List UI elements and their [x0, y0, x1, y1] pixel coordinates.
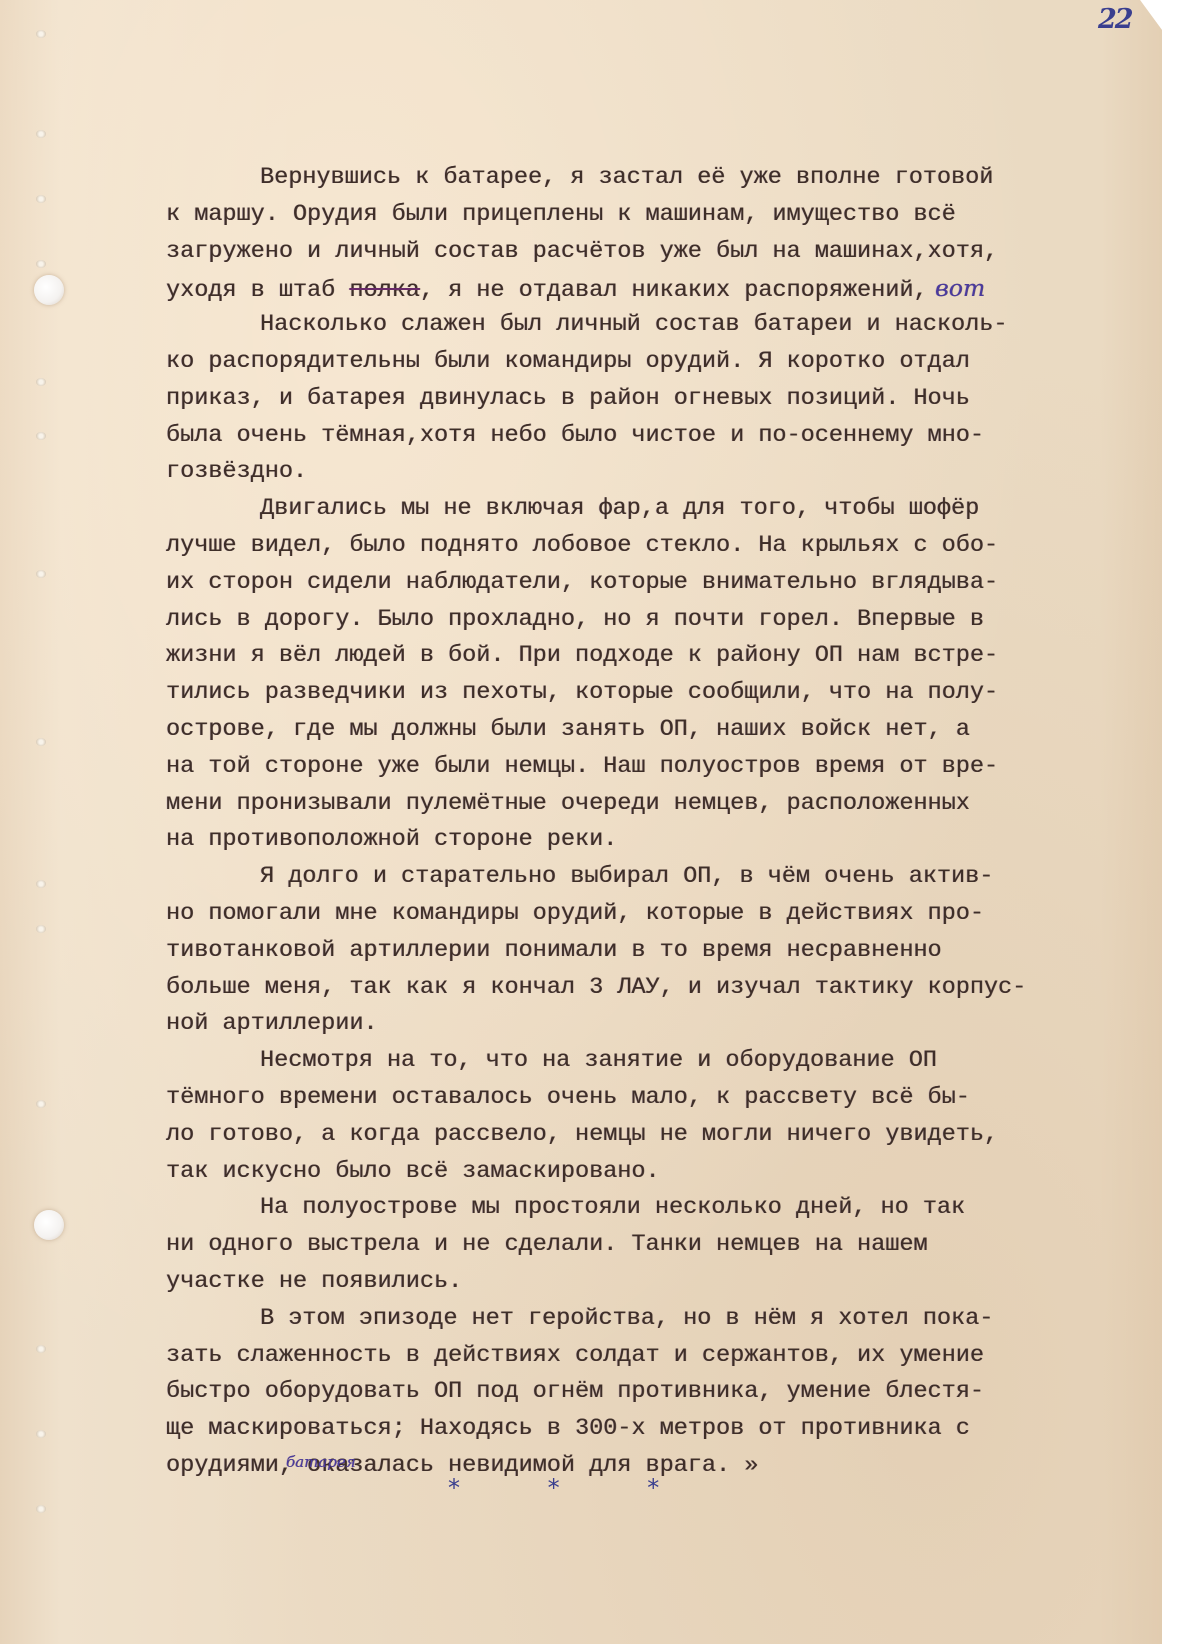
staple-mark [36, 432, 46, 440]
text-line: ной артиллерии. [166, 1006, 1146, 1043]
text-line: тились разведчики из пехоты, которые соо… [166, 675, 1146, 712]
text-line: ко распорядительны были командиры орудий… [166, 344, 1146, 381]
typed-text: больше меня, так как я кончал 3 ЛАУ, и и… [166, 974, 1026, 1001]
text-line: лучше видел, было поднято лобовое стекло… [166, 528, 1146, 565]
text-line: их сторон сидели наблюдатели, которые вн… [166, 565, 1146, 602]
staple-mark [36, 570, 46, 578]
page-number: 22 [1098, 4, 1132, 35]
staple-mark [36, 1430, 46, 1438]
typed-text: острове, где мы должны были занять ОП, н… [166, 716, 970, 743]
handwritten-insertion: батарея [286, 1444, 356, 1481]
punch-hole [34, 275, 64, 305]
text-line: ще маскироваться; Находясь в 300-х метро… [166, 1411, 1146, 1448]
typed-text: но помогали мне командиры орудий, которы… [166, 900, 984, 927]
typed-text: ло готово, а когда рассвело, немцы не мо… [166, 1121, 998, 1148]
staple-mark [36, 260, 46, 268]
text-line: была очень тёмная,хотя небо было чистое … [166, 418, 1146, 455]
typed-text: уходя в штаб [166, 277, 349, 304]
text-line: ни одного выстрела и не сделали. Танки н… [166, 1227, 1146, 1264]
text-line: к маршу. Орудия были прицеплены к машина… [166, 197, 1146, 234]
staple-mark [36, 1345, 46, 1353]
typed-text: лучше видел, было поднято лобовое стекло… [166, 532, 998, 559]
staple-mark [36, 925, 46, 933]
typed-text: жизни я вёл людей в бой. При подходе к р… [166, 642, 998, 669]
text-line: острове, где мы должны были занять ОП, н… [166, 712, 1146, 749]
typed-text: Двигались мы не включая фар,а для того, … [260, 495, 979, 522]
text-line: но помогали мне командиры орудий, которы… [166, 896, 1146, 933]
typed-text-body: Вернувшись к батарее, я застал её уже вп… [166, 160, 1146, 1485]
text-line: Насколько слажен был личный состав батар… [166, 307, 1146, 344]
text-line: мени пронизывали пулемётные очереди немц… [166, 786, 1146, 823]
text-line: Несмотря на то, что на занятие и оборудо… [166, 1043, 1146, 1080]
text-line: Я долго и старательно выбирал ОП, в чём … [166, 859, 1146, 896]
end-mark-asterisks: * * * [448, 1474, 699, 1502]
text-line: загружено и личный состав расчётов уже б… [166, 234, 1146, 271]
typed-text: Я долго и старательно выбирал ОП, в чём … [260, 863, 993, 890]
text-line: зать слаженность в действиях солдат и се… [166, 1338, 1146, 1375]
typed-text: лись в дорогу. Было прохладно, но я почт… [166, 606, 984, 633]
typed-text: их сторон сидели наблюдатели, которые вн… [166, 569, 998, 596]
text-line: лись в дорогу. Было прохладно, но я почт… [166, 602, 1146, 639]
text-line: тёмного времени оставалось очень мало, к… [166, 1080, 1146, 1117]
typed-text: так искусно было всё замаскировано. [166, 1158, 660, 1185]
typed-text: тивотанковой артиллерии понимали в то вр… [166, 937, 942, 964]
text-line: жизни я вёл людей в бой. При подходе к р… [166, 638, 1146, 675]
typed-text: загружено и личный состав расчётов уже б… [166, 238, 998, 265]
typed-text: ной артиллерии. [166, 1010, 378, 1037]
text-line: участке не появились. [166, 1264, 1146, 1301]
typed-text: ни одного выстрела и не сделали. Танки н… [166, 1231, 928, 1258]
typed-text: ще маскироваться; Находясь в 300-х метро… [166, 1415, 970, 1442]
typed-text: Насколько слажен был личный состав батар… [260, 311, 1007, 338]
staple-mark [36, 1505, 46, 1513]
text-line: больше меня, так как я кончал 3 ЛАУ, и и… [166, 970, 1146, 1007]
typed-text: тились разведчики из пехоты, которые соо… [166, 679, 998, 706]
staple-mark [36, 130, 46, 138]
typed-text: быстро оборудовать ОП под огнём противни… [166, 1378, 984, 1405]
typed-text: ко распорядительны были командиры орудий… [166, 348, 970, 375]
typed-text: на той стороне уже были немцы. Наш полуо… [166, 753, 998, 780]
handwritten-note: вот [928, 274, 986, 302]
typed-text: зать слаженность в действиях солдат и се… [166, 1342, 984, 1369]
typed-text: гозвёздно. [166, 458, 307, 485]
text-line: гозвёздно. [166, 454, 1146, 491]
typed-text: мени пронизывали пулемётные очереди немц… [166, 790, 970, 817]
staple-mark [36, 30, 46, 38]
typed-text: Несмотря на то, что на занятие и оборудо… [260, 1047, 937, 1074]
text-line: приказ, и батарея двинулась в район огне… [166, 381, 1146, 418]
text-line: Вернувшись к батарее, я застал её уже вп… [166, 160, 1146, 197]
typed-text: участке не появились. [166, 1268, 462, 1295]
text-line: В этом эпизоде нет геройства, но в нём я… [166, 1301, 1146, 1338]
typed-text: тёмного времени оставалось очень мало, к… [166, 1084, 970, 1111]
struck-out-text: полка [349, 277, 420, 304]
typed-text: к маршу. Орудия были прицеплены к машина… [166, 201, 956, 228]
staple-mark [36, 378, 46, 386]
text-line: Двигались мы не включая фар,а для того, … [166, 491, 1146, 528]
text-line: так искусно было всё замаскировано. [166, 1154, 1146, 1191]
typed-text: приказ, и батарея двинулась в район огне… [166, 385, 970, 412]
text-line: на той стороне уже были немцы. Наш полуо… [166, 749, 1146, 786]
staple-mark [36, 195, 46, 203]
text-line: ло готово, а когда рассвело, немцы не мо… [166, 1117, 1146, 1154]
typed-text: была очень тёмная,хотя небо было чистое … [166, 422, 984, 449]
text-line: тивотанковой артиллерии понимали в то вр… [166, 933, 1146, 970]
text-line: На полуострове мы простояли несколько дн… [166, 1190, 1146, 1227]
typed-text: На полуострове мы простояли несколько дн… [260, 1194, 965, 1221]
staple-mark [36, 1100, 46, 1108]
staple-mark [36, 738, 46, 746]
staple-mark [36, 880, 46, 888]
text-line: быстро оборудовать ОП под огнём противни… [166, 1374, 1146, 1411]
typed-text: Вернувшись к батарее, я застал её уже вп… [260, 164, 993, 191]
punch-hole [34, 1210, 64, 1240]
text-line: на противоположной стороне реки. [166, 822, 1146, 859]
text-line: уходя в штаб полка, я не отдавал никаких… [166, 270, 1146, 307]
typed-text: , я не отдавал никаких распоряжений, [420, 277, 928, 304]
typed-text: В этом эпизоде нет геройства, но в нём я… [260, 1305, 993, 1332]
typed-text: на противоположной стороне реки. [166, 826, 617, 853]
